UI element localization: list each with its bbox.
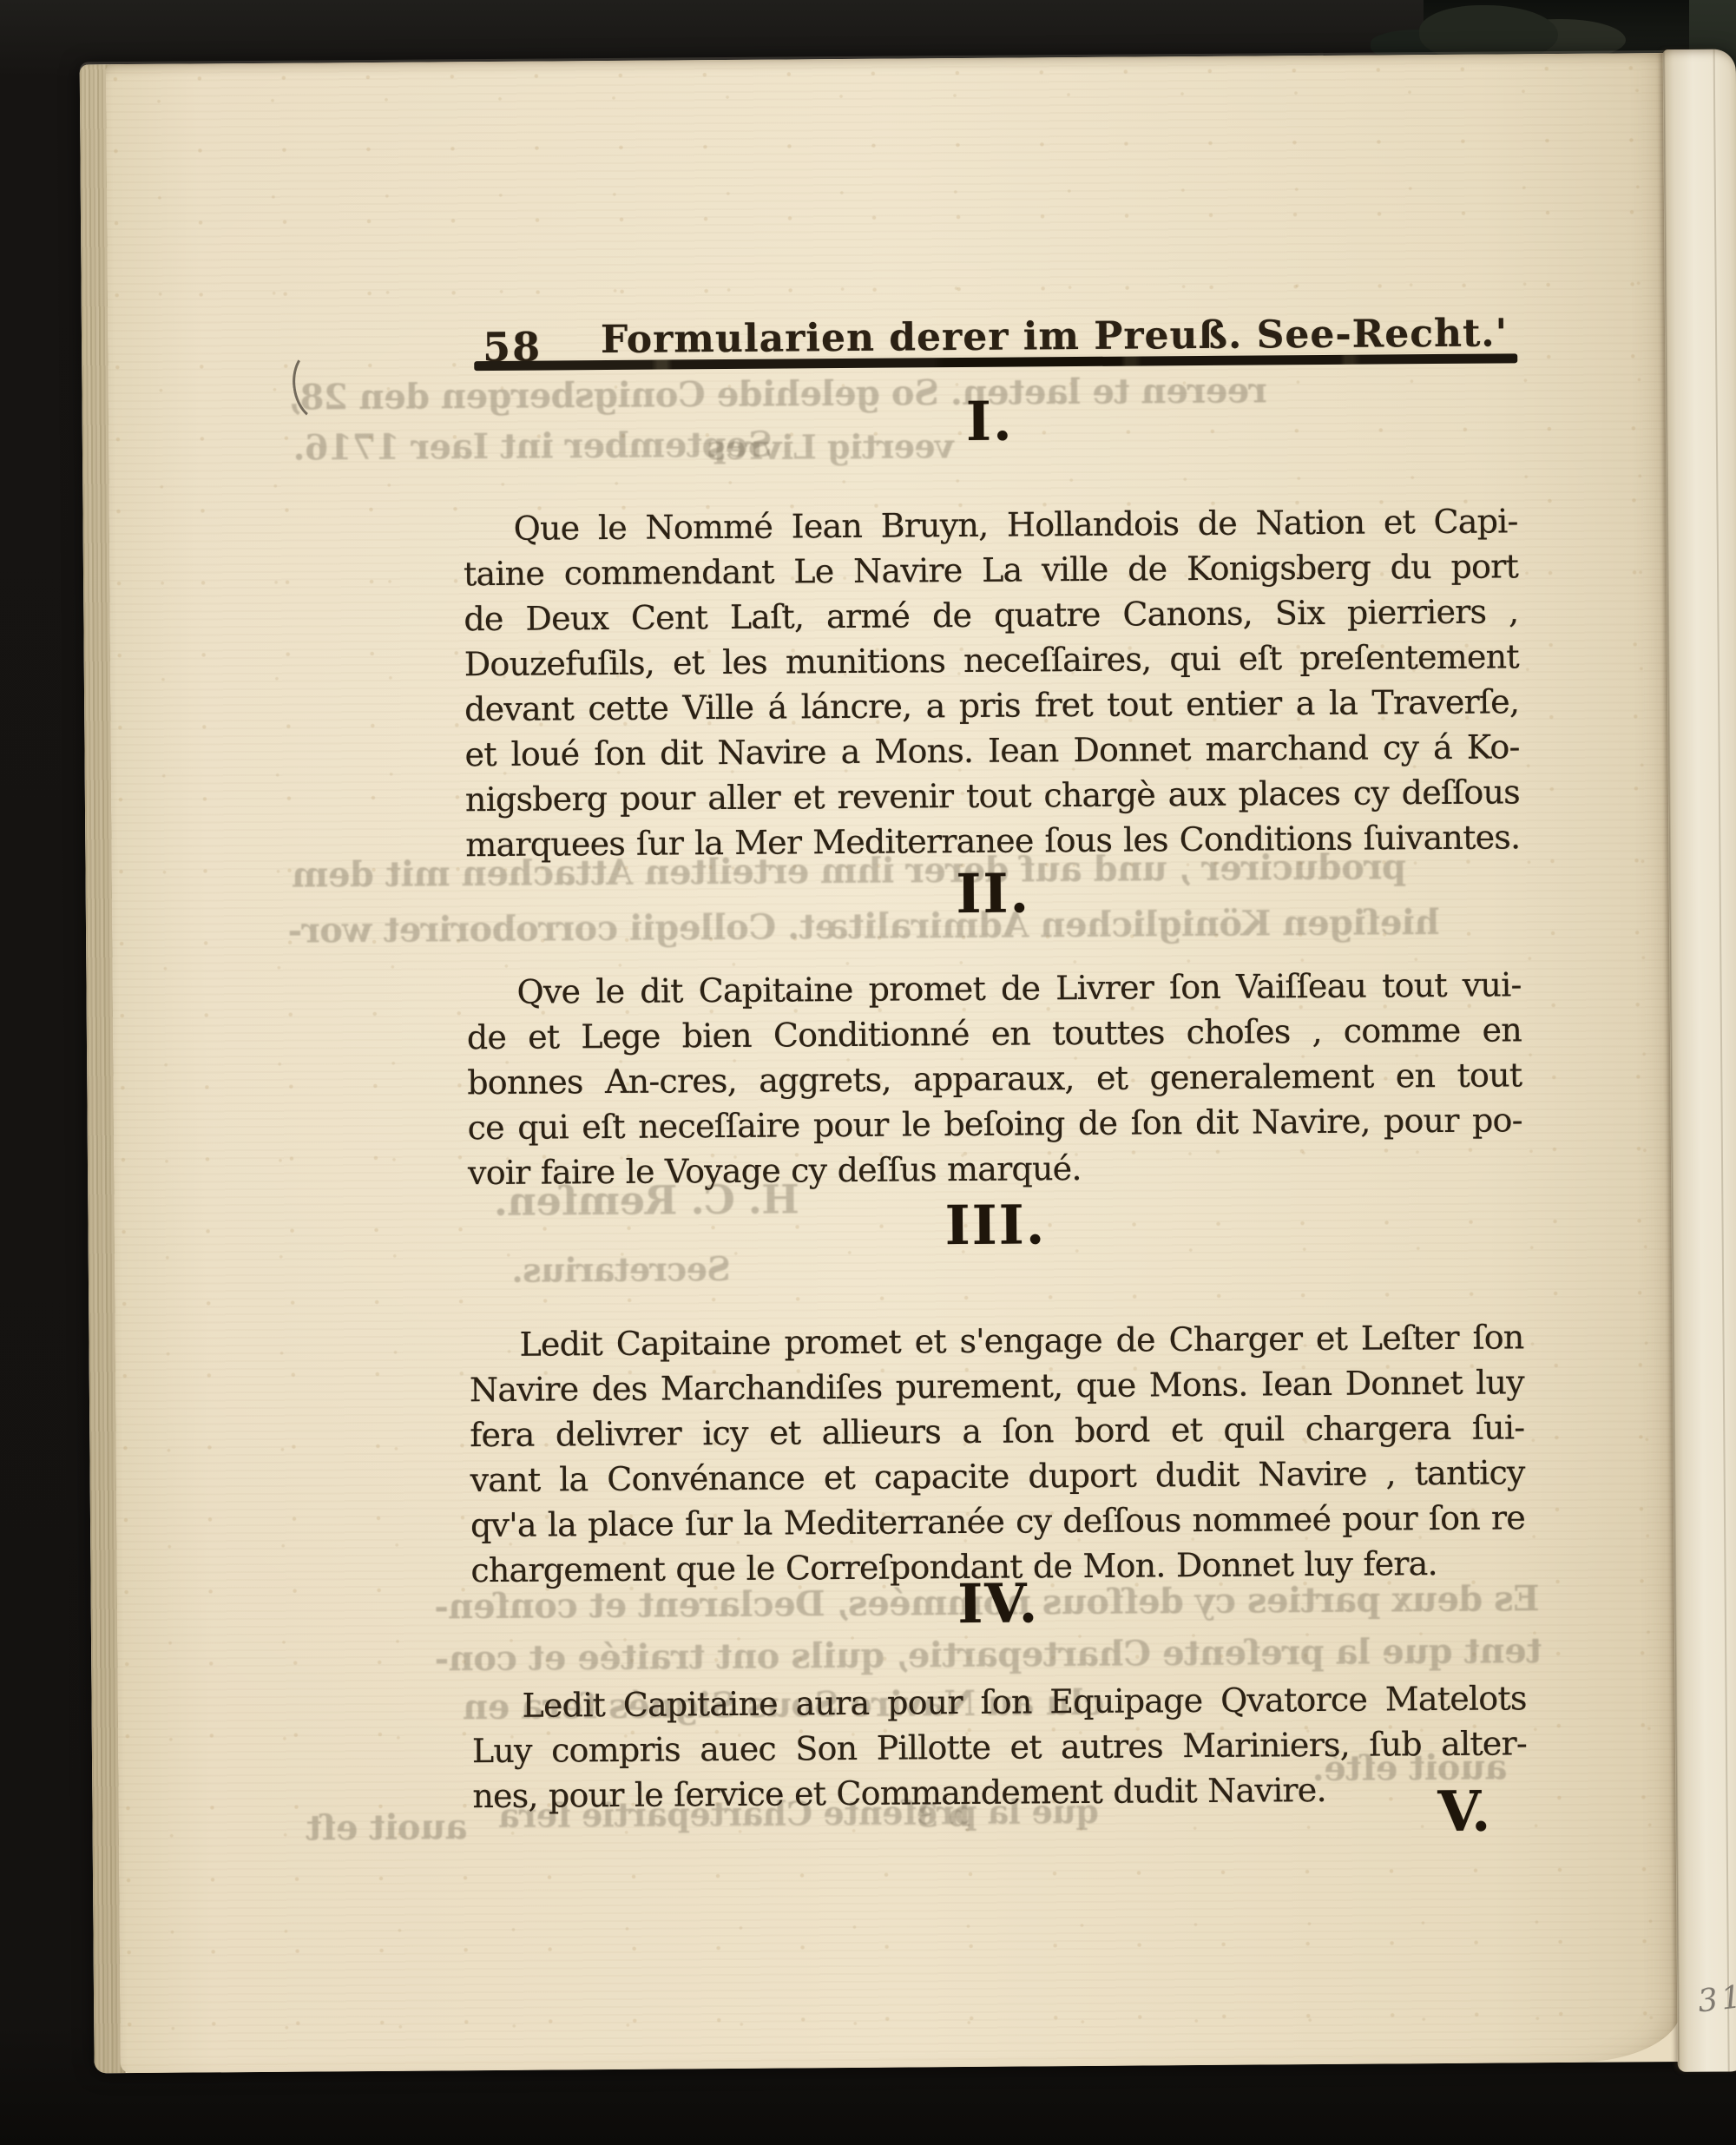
text-line: Navire des Marchandiſes purement, que Mo… [470, 1359, 1524, 1412]
text-line: Qve le dit Capitaine promet de Livrer ſo… [466, 962, 1521, 1015]
text-line: bonnes An-cres, aggrets, apparaux, et ge… [467, 1052, 1522, 1105]
text-line: fera delivrer icy et allieurs a ſon bord… [470, 1405, 1524, 1457]
text-line: Ledit Capitaine promet et s'engage de Ch… [469, 1314, 1523, 1367]
text-line: Ledit Capitaine aura pour ſon Equipage Q… [471, 1675, 1526, 1728]
text-line: ce qui eſt neceſſaire pour le beſoing de… [468, 1097, 1522, 1150]
paragraph-III: Ledit Capitaine promet et s'engage de Ch… [469, 1314, 1525, 1593]
paragraph-I: Que le Nommé Iean Bruyn, Hollandois de N… [463, 498, 1520, 867]
text-line: marquees ſur la Mer Mediterranee ſous le… [465, 814, 1520, 867]
text-line: et loué ſon dit Navire a Mons. Iean Donn… [464, 724, 1519, 777]
text-line: devant cette Ville á láncre, a pris fret… [464, 679, 1519, 732]
fore-edge-crease [1713, 49, 1730, 2072]
section-heading-IV: IV. [471, 1571, 1526, 1636]
photographed-book-page: { "header": { "page_number": "58", "titl… [0, 0, 1736, 2145]
text-line: Luy compris auec Son Pillotte et autres … [472, 1721, 1527, 1773]
section-heading-III: III. [468, 1193, 1522, 1258]
paragraph-IV: Ledit Capitaine aura pour ſon Equipage Q… [471, 1675, 1527, 1819]
section-heading-II: II. [466, 861, 1521, 926]
text-line: voir faire le Voyage cy deſſus marqué. [468, 1142, 1522, 1195]
next-section-marker: V. [1437, 1784, 1490, 1841]
paragraph-II: Qve le dit Capitaine promet de Livrer ſo… [466, 962, 1522, 1195]
text-line: Que le Nommé Iean Bruyn, Hollandois de N… [463, 498, 1517, 551]
text-line: Douzefuſils, et les munitions neceſſaire… [464, 634, 1519, 687]
handwritten-folio-number: 31 [1696, 1979, 1736, 2020]
printed-text-block: 58 Formularien derer im Preuß. See-Recht… [460, 54, 1529, 2070]
book-page: reeren te laeten. So gelehide Conigsberg… [80, 52, 1736, 2073]
text-line: nes, pour le ſervice et Commandement dud… [472, 1766, 1527, 1819]
text-line: nigsberg pour aller et revenir tout char… [465, 769, 1520, 822]
text-line: qv'a la place ſur la Mediterranée cy deſ… [470, 1495, 1525, 1548]
section-heading-I: I. [463, 389, 1517, 454]
text-line: de Deux Cent Laſt, armé de quatre Canons… [464, 589, 1518, 642]
text-line: de et Lege bien Conditionné en touttes c… [467, 1007, 1522, 1060]
text-line: vant la Convénance et capacite duport du… [470, 1450, 1524, 1503]
text-line: taine commendant Le Navire La ville de K… [464, 543, 1518, 596]
